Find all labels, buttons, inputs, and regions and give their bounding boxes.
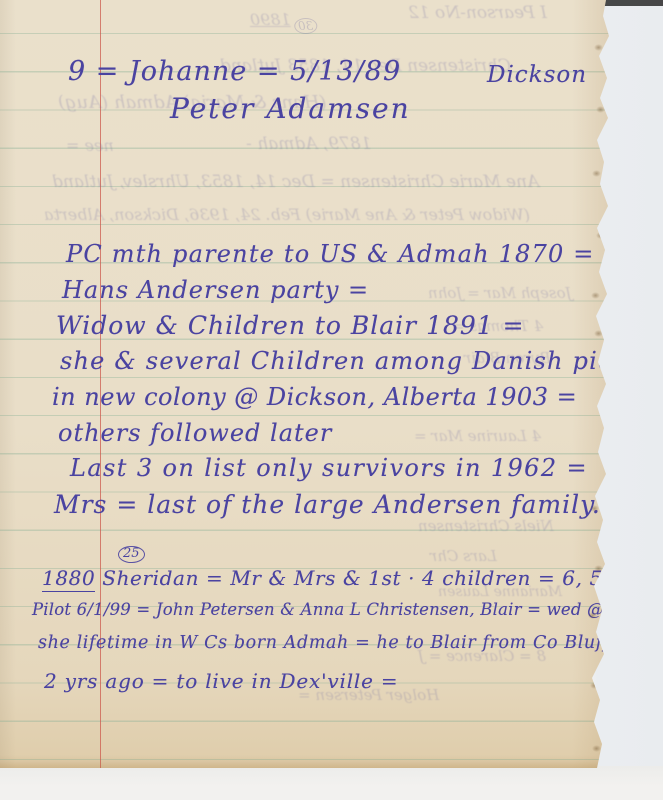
handwritten-line-pc-parents: PC mth parente to US & Admah 1870 = mth	[66, 240, 655, 268]
handwritten-line-lifetime-wcs: she lifetime in W Cs born Admah = he to …	[38, 633, 650, 653]
bleedthrough-line: 1879, Admah -	[246, 134, 372, 154]
handwritten-line-pilot-wedding: Pilot 6/1/99 = John Petersen & Anna L Ch…	[32, 600, 663, 619]
notebook-paper: I Pearson-No 12 1890 30 Christensen Dec …	[0, 0, 663, 769]
handwritten-line-hans-andersen-party: Hans Andersen party =	[62, 276, 369, 304]
handwritten-line-peter-adamsen: Peter Adamsen	[170, 92, 411, 125]
bleedthrough-line: Ane Marie Christensen = Dec 14, 1853, Uh…	[52, 172, 539, 192]
scanned-notebook-page: I Pearson-No 12 1890 30 Christensen Dec …	[0, 0, 663, 800]
underlined-year-1880: 1880	[42, 566, 95, 592]
bleedthrough-line: Lars Chr	[430, 547, 497, 565]
torn-edge-notch	[594, 44, 603, 51]
sheridan-line-rest: Sheridan = Mr & Mrs & 1st · 4 children =…	[95, 566, 663, 590]
handwritten-line-last-3-survivors: Last 3 on list only survivors in 1962 =	[70, 454, 588, 482]
bottom-edge-shading	[0, 755, 663, 769]
handwritten-line-widow-children: Widow & Children to Blair 1891 =	[56, 311, 525, 340]
handwritten-line-danish-pioneers: she & several Children among Danish pion…	[60, 347, 663, 375]
torn-edge-notch	[590, 505, 599, 512]
handwritten-word-dickson: Dickson	[487, 62, 587, 88]
scanner-edge-strip	[598, 0, 663, 6]
bleedthrough-line: nee =	[66, 136, 114, 155]
handwritten-line-new-colony: in new colony @ Dickson, Alberta 1903 =	[52, 383, 577, 411]
handwritten-line-last-of-family: Mrs = last of the large Andersen family.	[54, 490, 601, 519]
torn-edge-notch	[592, 170, 601, 177]
torn-edge-notch	[592, 745, 601, 752]
bleedthrough-line: (Widow Peter & Ane Marie) Feb. 24, 1936,…	[44, 205, 530, 224]
handwritten-line-1880-sheridan: 1880 Sheridan = Mr & Mrs & 1st · 4 child…	[42, 566, 663, 590]
circled-number-25: 25	[118, 546, 145, 563]
bleedthrough-line: 4 Laurine Mar =	[414, 427, 541, 445]
bleedthrough-circled-number: 30	[294, 18, 317, 34]
bleedthrough-line: I Pearson-No 12	[408, 3, 547, 23]
torn-edge-notch	[588, 612, 597, 619]
torn-edge-notch	[591, 292, 600, 299]
handwritten-line-others-followed: others followed later	[58, 419, 332, 447]
handwritten-line-johanne: 9 = Johanne = 5/13/89	[68, 56, 401, 87]
scanner-background-bottom	[0, 766, 663, 800]
bleedthrough-line: Joseph Mar = John	[428, 284, 572, 302]
bleedthrough-line: 1890	[250, 10, 291, 29]
bleedthrough-line: Niels Christensen	[418, 517, 554, 535]
handwritten-line-dexville: 2 yrs ago = to live in Dex'ville =	[44, 669, 398, 693]
